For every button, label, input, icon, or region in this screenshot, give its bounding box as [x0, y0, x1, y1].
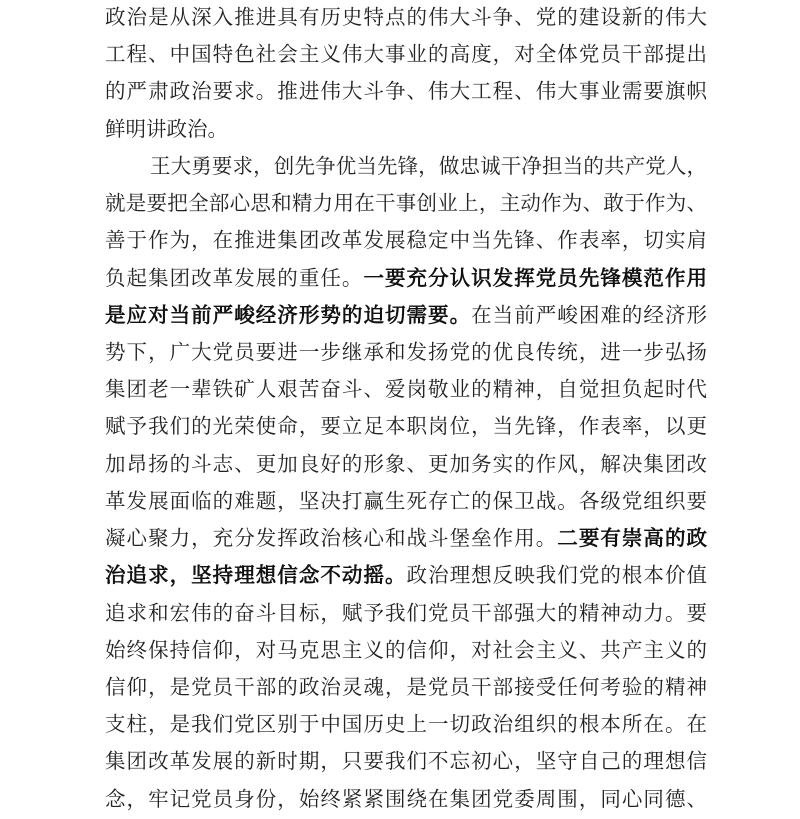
text-line: 的严肃政治要求。推进伟大斗争、伟大工程、伟大事业需要旗帜	[105, 74, 707, 111]
bold-text-segment: 治追求，坚持理想信念不动摇。	[105, 565, 407, 587]
text-line: 支柱，是我们党区别于中国历史上一切政治组织的根本所在。在	[105, 707, 707, 744]
text-line: 加昂扬的斗志、更加良好的形象、更加务实的作风，解决集团改	[105, 447, 707, 484]
text-line: 集团改革发展的新时期，只要我们不忘初心，坚守自己的理想信	[105, 744, 707, 781]
text-segment: 追求和宏伟的奋斗目标，赋予我们党员干部强大的精神动力。要	[105, 603, 707, 625]
text-segment: 凝心聚力，充分发挥政治核心和战斗堡垒作用。	[105, 528, 557, 550]
text-line: 鲜明讲政治。	[105, 112, 707, 149]
text-line: 赋予我们的光荣使命，要立足本职岗位，当先锋，作表率，以更	[105, 409, 707, 446]
text-line: 治追求，坚持理想信念不动摇。政治理想反映我们党的根本价值	[105, 558, 707, 595]
text-segment: 念，牢记党员身份，始终紧紧围绕在集团党委周围，同心同德、	[105, 789, 707, 811]
text-segment: 集团改革发展的新时期，只要我们不忘初心，坚守自己的理想信	[105, 751, 707, 773]
text-segment: 的严肃政治要求。推进伟大斗争、伟大工程、伟大事业需要旗帜	[105, 81, 707, 103]
text-line: 凝心聚力，充分发挥政治核心和战斗堡垒作用。二要有崇高的政	[105, 521, 707, 558]
document-body: 政治是从深入推进具有历史特点的伟大斗争、党的建设新的伟大工程、中国特色社会主义伟…	[105, 0, 707, 819]
text-line: 善于作为，在推进集团改革发展稳定中当先锋、作表率，切实肩	[105, 223, 707, 260]
text-segment: 工程、中国特色社会主义伟大事业的高度，对全体党员干部提出	[105, 44, 707, 66]
text-line: 王大勇要求，创先争优当先锋，做忠诚干净担当的共产党人，	[105, 149, 707, 186]
document-page: 政治是从深入推进具有历史特点的伟大斗争、党的建设新的伟大工程、中国特色社会主义伟…	[0, 0, 800, 819]
text-segment: 信仰，是党员干部的政治灵魂，是党员干部接受任何考验的精神	[105, 677, 707, 699]
text-segment: 政治理想反映我们党的根本价值	[407, 565, 707, 587]
text-segment: 革发展面临的难题，坚决打赢生死存亡的保卫战。各级党组织要	[105, 491, 707, 513]
text-line: 信仰，是党员干部的政治灵魂，是党员干部接受任何考验的精神	[105, 670, 707, 707]
text-line: 势下，广大党员要进一步继承和发扬党的优良传统，进一步弘扬	[105, 335, 707, 372]
bold-text-segment: 是应对当前严峻经济形势的迫切需要。	[105, 305, 471, 327]
text-line: 念，牢记党员身份，始终紧紧围绕在集团党委周围，同心同德、	[105, 782, 707, 819]
text-segment: 鲜明讲政治。	[105, 119, 228, 141]
text-segment: 政治是从深入推进具有历史特点的伟大斗争、党的建设新的伟大	[105, 7, 707, 29]
text-segment: 势下，广大党员要进一步继承和发扬党的优良传统，进一步弘扬	[105, 342, 707, 364]
text-segment: 在当前严峻困难的经济形	[471, 305, 707, 327]
text-segment: 加昂扬的斗志、更加良好的形象、更加务实的作风，解决集团改	[105, 454, 707, 476]
text-segment: 负起集团改革发展的重任。	[105, 268, 363, 290]
text-segment: 支柱，是我们党区别于中国历史上一切政治组织的根本所在。在	[105, 714, 707, 736]
text-segment: 集团老一辈铁矿人艰苦奋斗、爱岗敬业的精神，自觉担负起时代	[105, 379, 707, 401]
text-line: 始终保持信仰，对马克思主义的信仰，对社会主义、共产主义的	[105, 633, 707, 670]
text-segment: 王大勇要求，创先争优当先锋，做忠诚干净担当的共产党人，	[150, 156, 707, 178]
text-line: 负起集团改革发展的重任。一要充分认识发挥党员先锋模范作用	[105, 261, 707, 298]
text-line: 追求和宏伟的奋斗目标，赋予我们党员干部强大的精神动力。要	[105, 596, 707, 633]
text-line: 集团老一辈铁矿人艰苦奋斗、爱岗敬业的精神，自觉担负起时代	[105, 372, 707, 409]
text-segment: 始终保持信仰，对马克思主义的信仰，对社会主义、共产主义的	[105, 640, 707, 662]
text-line: 政治是从深入推进具有历史特点的伟大斗争、党的建设新的伟大	[105, 0, 707, 37]
text-segment: 就是要把全部心思和精力用在干事创业上，主动作为、敢于作为、	[105, 193, 707, 215]
text-line: 革发展面临的难题，坚决打赢生死存亡的保卫战。各级党组织要	[105, 484, 707, 521]
text-line: 就是要把全部心思和精力用在干事创业上，主动作为、敢于作为、	[105, 186, 707, 223]
text-line: 是应对当前严峻经济形势的迫切需要。在当前严峻困难的经济形	[105, 298, 707, 335]
text-segment: 赋予我们的光荣使命，要立足本职岗位，当先锋，作表率，以更	[105, 416, 707, 438]
bold-text-segment: 一要充分认识发挥党员先锋模范作用	[363, 268, 707, 290]
text-line: 工程、中国特色社会主义伟大事业的高度，对全体党员干部提出	[105, 37, 707, 74]
bold-text-segment: 二要有崇高的政	[557, 528, 707, 550]
text-segment: 善于作为，在推进集团改革发展稳定中当先锋、作表率，切实肩	[105, 230, 707, 252]
